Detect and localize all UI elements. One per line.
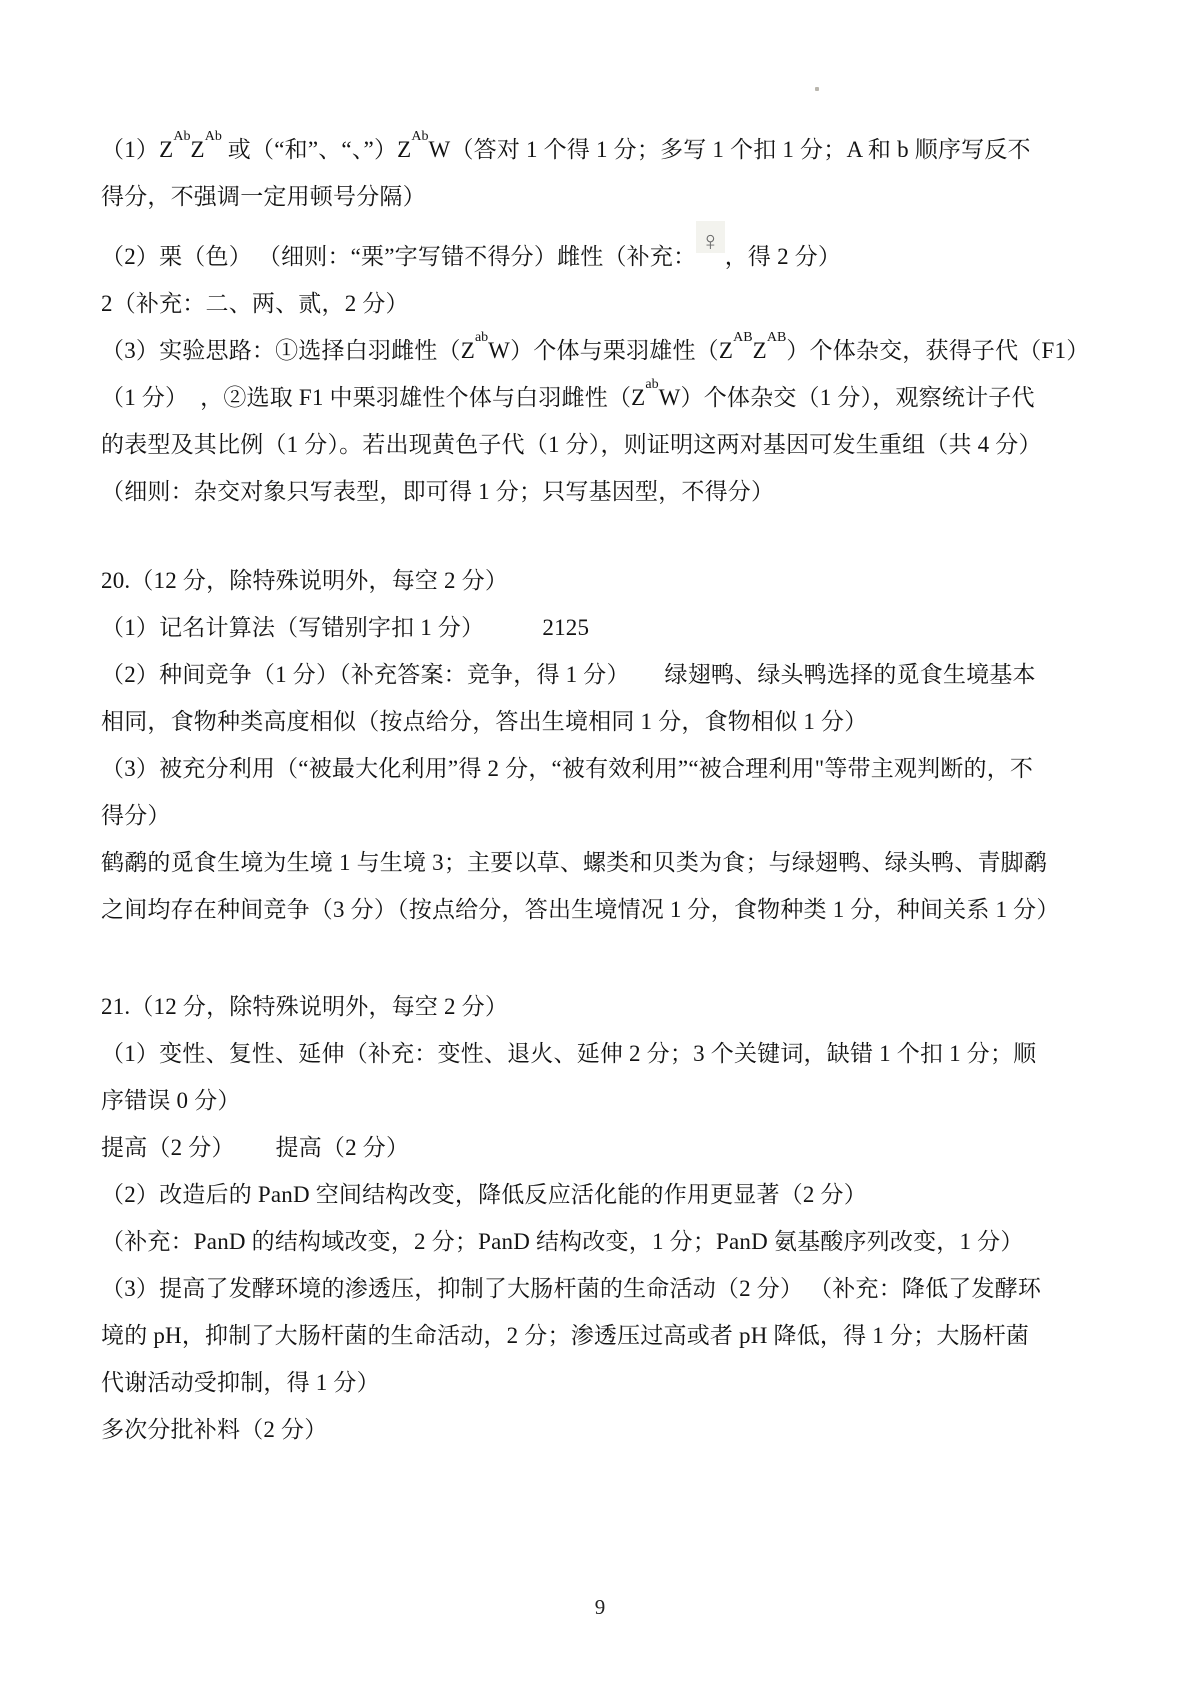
text-line: （1）变性、复性、延伸（补充：变性、退火、延伸 2 分；3 个关键词，缺错 1 …	[101, 1030, 1113, 1077]
answer-19-3: （3）实验思路：①选择白羽雌性（ZabW）个体与栗羽雄性（ZABZAB）个体杂交…	[101, 327, 1113, 515]
section-21: 21.（12 分，除特殊说明外，每空 2 分）（1）变性、复性、延伸（补充：变性…	[101, 983, 1113, 1453]
superscript-allele: AB	[733, 330, 752, 345]
text-run: （1 分） ，②选取 F1 中栗羽雄性个体与白羽雌性（Z	[101, 385, 645, 410]
text-run: （2）栗（色） （细则：“栗”字写错不得分）雌性（补充：	[101, 244, 696, 269]
scan-artifact-dot	[815, 87, 819, 91]
text-line: 2（补充：二、两、贰，2 分）	[101, 280, 1113, 327]
text-run: 相同，食物种类高度相似（按点给分，答出生境相同 1 分，食物相似 1 分）	[101, 709, 867, 734]
text-run: 或（“和”、“、”）Z	[222, 137, 412, 162]
text-run: W）个体杂交（1 分），观察统计子代	[659, 385, 1035, 410]
text-line: 序错误 0 分）	[101, 1077, 1113, 1124]
text-run: W）个体与栗羽雄性（Z	[488, 338, 733, 363]
text-line: （3）被充分利用（“被最大化利用”得 2 分，“被有效利用”“被合理利用"等带主…	[101, 745, 1113, 792]
text-run: （补充：PanD 的结构域改变，2 分；PanD 结构改变，1 分；PanD 氨…	[101, 1229, 1024, 1254]
superscript-allele: AB	[767, 330, 786, 345]
text-run: （3）被充分利用（“被最大化利用”得 2 分，“被有效利用”“被合理利用"等带主…	[101, 756, 1033, 781]
text-line: （2）种间竞争（1 分）（补充答案：竞争，得 1 分） 绿翅鸭、绿头鸭选择的觅食…	[101, 651, 1113, 698]
text-line: 得分，不强调一定用顿号分隔）	[101, 173, 1113, 220]
text-run: 多次分批补料（2 分）	[101, 1417, 327, 1442]
text-run: Z	[753, 338, 767, 363]
text-run: （3）提高了发酵环境的渗透压，抑制了大肠杆菌的生命活动（2 分） （补充：降低了…	[101, 1276, 1041, 1301]
text-run: ，得 2 分）	[725, 244, 841, 269]
text-run: （1）记名计算法（写错别字扣 1 分） 2125	[101, 615, 589, 640]
text-line: 20.（12 分，除特殊说明外，每空 2 分）	[101, 557, 1113, 604]
text-run: 得分，不强调一定用顿号分隔）	[101, 184, 426, 209]
section-20: 20.（12 分，除特殊说明外，每空 2 分）（1）记名计算法（写错别字扣 1 …	[101, 557, 1113, 933]
text-line: 得分）	[101, 792, 1113, 839]
text-run: 20.（12 分，除特殊说明外，每空 2 分）	[101, 568, 508, 593]
document-body: （1）ZAbZAb 或（“和”、“、”）ZAbW（答对 1 个得 1 分；多写 …	[101, 126, 1113, 1453]
text-line: 境的 pH，抑制了大肠杆菌的生命活动，2 分；渗透压过高或者 pH 降低，得 1…	[101, 1312, 1113, 1359]
superscript-allele: ab	[475, 330, 488, 345]
text-line: （3）提高了发酵环境的渗透压，抑制了大肠杆菌的生命活动（2 分） （补充：降低了…	[101, 1265, 1113, 1312]
text-run: （细则：杂交对象只写表型，即可得 1 分；只写基因型，不得分）	[101, 479, 774, 504]
text-run: 鹤鹬的觅食生境为生境 1 与生境 3；主要以草、螺类和贝类为食；与绿翅鸭、绿头鸭…	[101, 850, 1047, 875]
superscript-allele: Ab	[205, 129, 222, 144]
text-run: 2（补充：二、两、贰，2 分）	[101, 291, 409, 316]
female-symbol-icon: ♀	[696, 221, 724, 253]
text-line: 之间均存在种间竞争（3 分）（按点给分，答出生境情况 1 分，食物种类 1 分，…	[101, 886, 1113, 933]
text-line: 的表型及其比例（1 分）。若出现黄色子代（1 分），则证明这两对基因可发生重组（…	[101, 421, 1113, 468]
text-line: （细则：杂交对象只写表型，即可得 1 分；只写基因型，不得分）	[101, 468, 1113, 515]
text-run: 代谢活动受抑制，得 1 分）	[101, 1370, 380, 1395]
superscript-allele: ab	[645, 377, 658, 392]
text-run: 境的 pH，抑制了大肠杆菌的生命活动，2 分；渗透压过高或者 pH 降低，得 1…	[101, 1323, 1029, 1348]
text-line: （1 分） ，②选取 F1 中栗羽雄性个体与白羽雌性（ZabW）个体杂交（1 分…	[101, 374, 1113, 421]
answer-19-2: （2）栗（色） （细则：“栗”字写错不得分）雌性（补充：♀，得 2 分）2（补充…	[101, 233, 1113, 327]
answer-key-page: （1）ZAbZAb 或（“和”、“、”）ZAbW（答对 1 个得 1 分；多写 …	[0, 0, 1200, 1698]
text-run: （2）种间竞争（1 分）（补充答案：竞争，得 1 分） 绿翅鸭、绿头鸭选择的觅食…	[101, 662, 1036, 687]
text-run: 序错误 0 分）	[101, 1088, 241, 1113]
text-line: 鹤鹬的觅食生境为生境 1 与生境 3；主要以草、螺类和贝类为食；与绿翅鸭、绿头鸭…	[101, 839, 1113, 886]
text-line: （3）实验思路：①选择白羽雌性（ZabW）个体与栗羽雄性（ZABZAB）个体杂交…	[101, 327, 1113, 374]
text-run: ）个体杂交，获得子代（F1）	[786, 338, 1089, 363]
text-run: 之间均存在种间竞争（3 分）（按点给分，答出生境情况 1 分，食物种类 1 分，…	[101, 897, 1060, 922]
answer-19-1: （1）ZAbZAb 或（“和”、“、”）ZAbW（答对 1 个得 1 分；多写 …	[101, 126, 1113, 220]
text-line: （1）ZAbZAb 或（“和”、“、”）ZAbW（答对 1 个得 1 分；多写 …	[101, 126, 1113, 173]
text-line: 21.（12 分，除特殊说明外，每空 2 分）	[101, 983, 1113, 1030]
text-run: 的表型及其比例（1 分）。若出现黄色子代（1 分），则证明这两对基因可发生重组（…	[101, 432, 1042, 457]
text-run: W（答对 1 个得 1 分；多写 1 个扣 1 分；A 和 b 顺序写反不	[429, 137, 1031, 162]
superscript-allele: Ab	[173, 129, 190, 144]
text-line: （1）记名计算法（写错别字扣 1 分） 2125	[101, 604, 1113, 651]
text-run: Z	[190, 137, 204, 162]
text-line: （2）栗（色） （细则：“栗”字写错不得分）雌性（补充：♀，得 2 分）	[101, 233, 1113, 280]
text-line: 相同，食物种类高度相似（按点给分，答出生境相同 1 分，食物相似 1 分）	[101, 698, 1113, 745]
page-number: 9	[0, 1592, 1200, 1622]
text-run: （1）变性、复性、延伸（补充：变性、退火、延伸 2 分；3 个关键词，缺错 1 …	[101, 1041, 1036, 1066]
text-run: 21.（12 分，除特殊说明外，每空 2 分）	[101, 994, 508, 1019]
text-line: 代谢活动受抑制，得 1 分）	[101, 1359, 1113, 1406]
text-line: （补充：PanD 的结构域改变，2 分；PanD 结构改变，1 分；PanD 氨…	[101, 1218, 1113, 1265]
text-line: 多次分批补料（2 分）	[101, 1406, 1113, 1453]
text-run: 提高（2 分） 提高（2 分）	[101, 1135, 409, 1160]
superscript-allele: Ab	[411, 129, 428, 144]
text-line: 提高（2 分） 提高（2 分）	[101, 1124, 1113, 1171]
text-run: 得分）	[101, 803, 171, 828]
text-run: （3）实验思路：①选择白羽雌性（Z	[101, 338, 475, 363]
text-line: （2）改造后的 PanD 空间结构改变，降低反应活化能的作用更显著（2 分）	[101, 1171, 1113, 1218]
text-run: （2）改造后的 PanD 空间结构改变，降低反应活化能的作用更显著（2 分）	[101, 1182, 867, 1207]
text-run: （1）Z	[101, 137, 173, 162]
